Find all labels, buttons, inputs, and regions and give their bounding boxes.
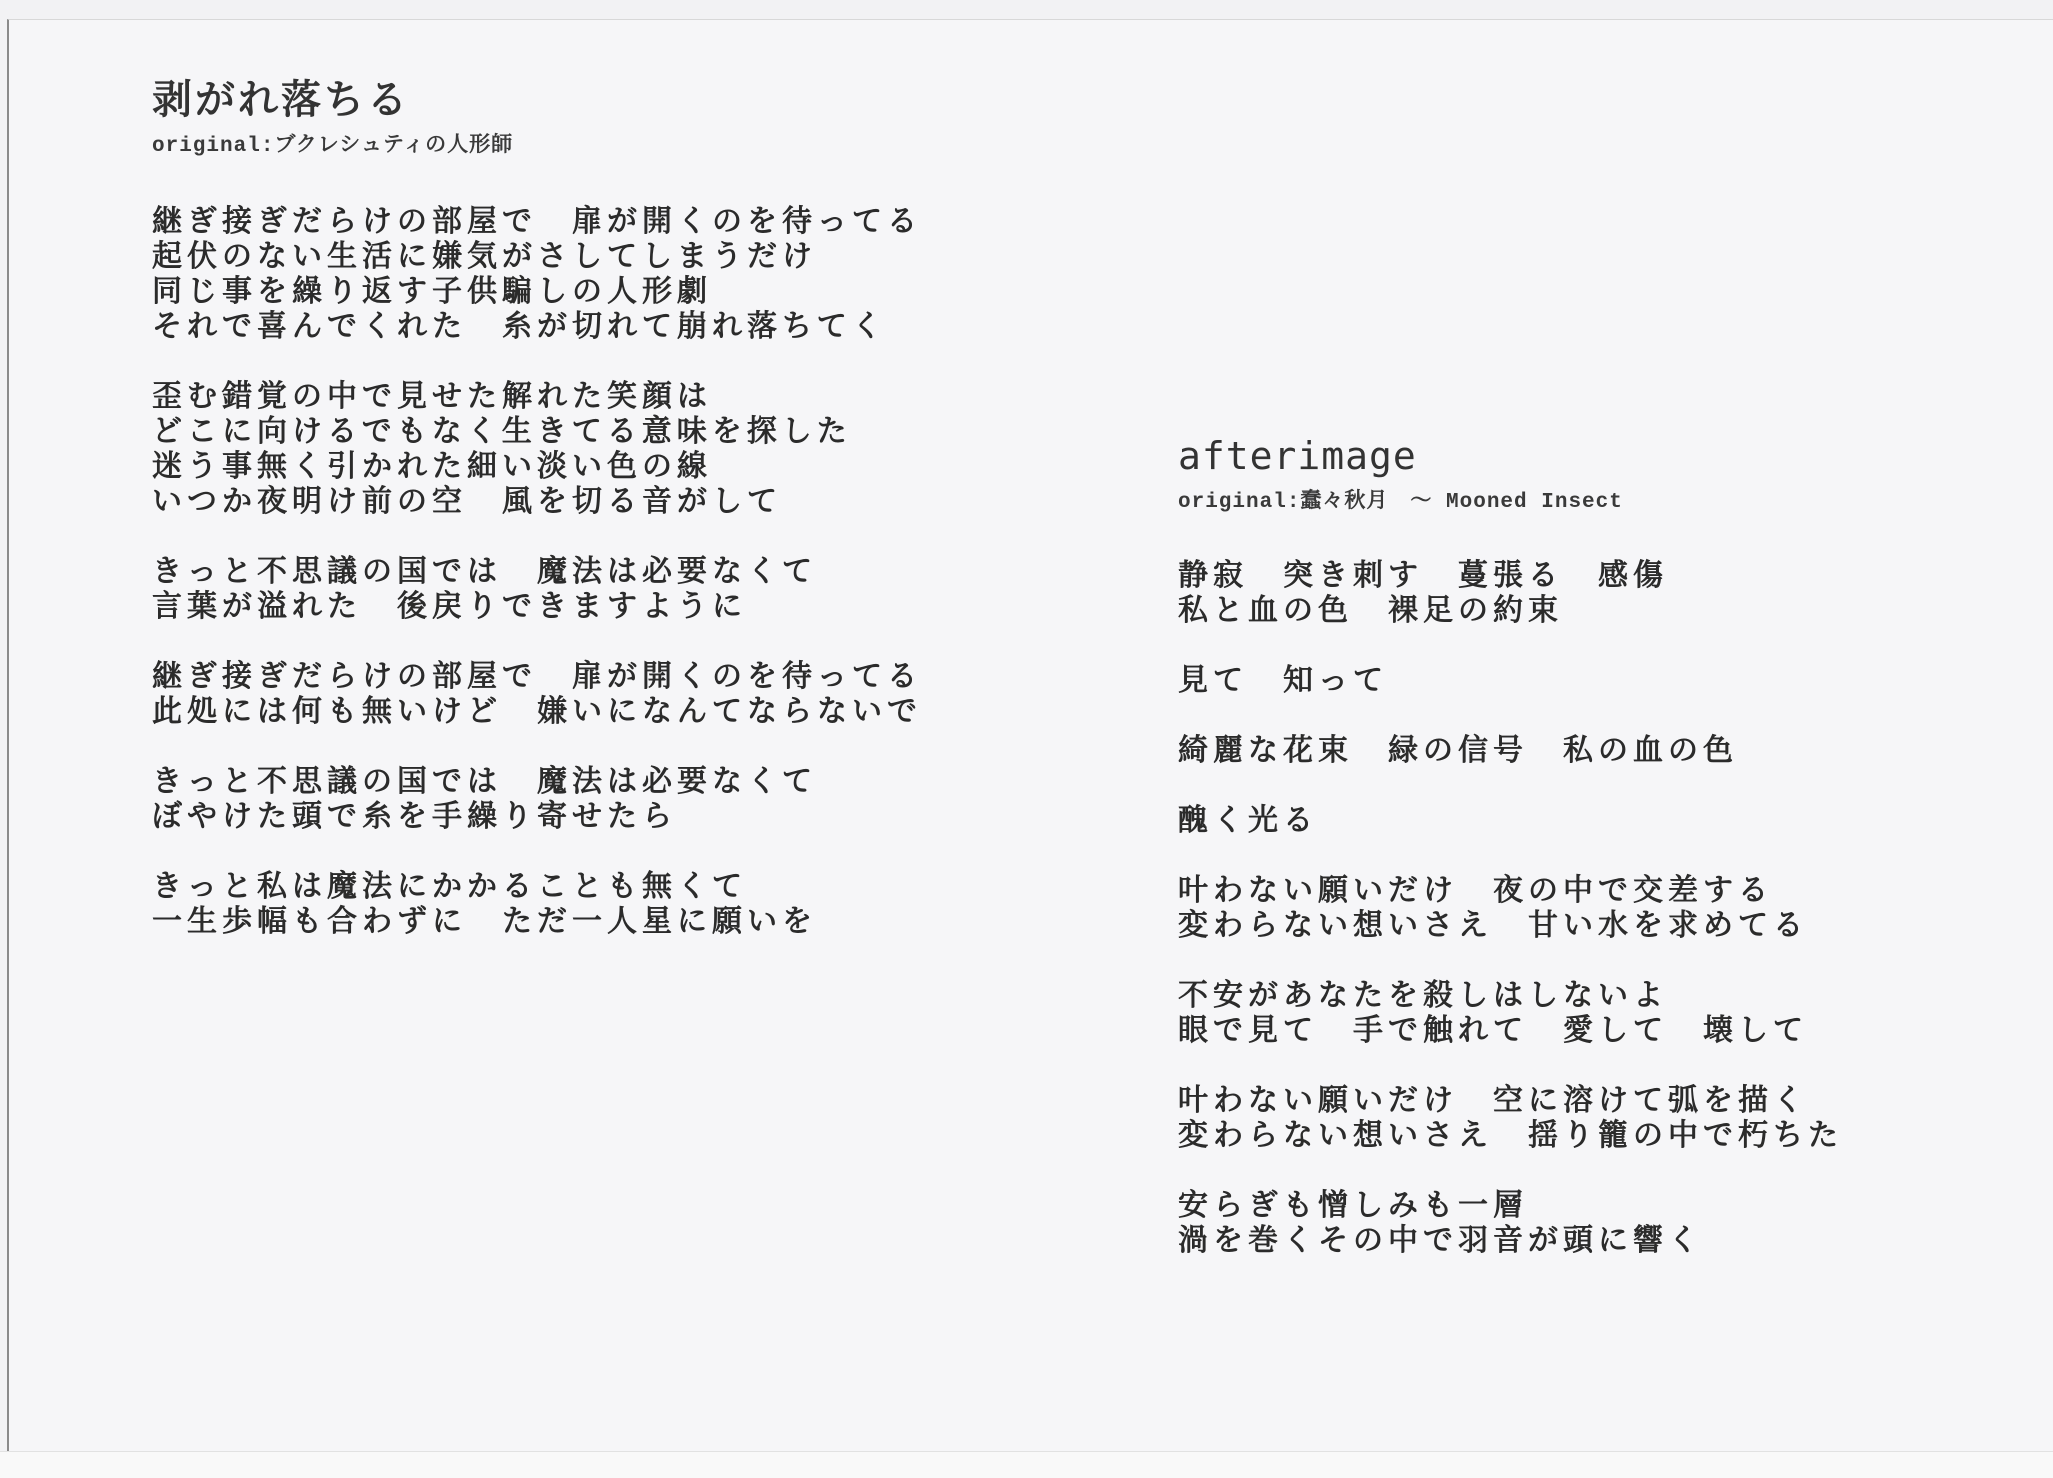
stanza: 醜く光る bbox=[1178, 803, 1843, 838]
lyric-line: ぼやけた頭で糸を手繰り寄せたら bbox=[152, 799, 922, 834]
lyric-line: いつか夜明け前の空 風を切る音がして bbox=[152, 484, 922, 519]
stanza: 不安があなたを殺しはしないよ 眼で見て 手で触れて 愛して 壊して bbox=[1178, 978, 1843, 1048]
lyric-line: きっと私は魔法にかかることも無くて bbox=[152, 869, 922, 904]
lyrics: 継ぎ接ぎだらけの部屋で 扉が開くのを待ってる 起伏のない生活に嫌気がさしてしまう… bbox=[152, 204, 922, 939]
song-original: original:蠢々秋月 ～ Mooned Insect bbox=[1178, 490, 1843, 516]
song-afterimage: afterimage original:蠢々秋月 ～ Mooned Insect… bbox=[1178, 432, 1843, 1293]
stanza: きっと不思議の国では 魔法は必要なくて 言葉が溢れた 後戻りできますように bbox=[152, 554, 922, 624]
lyric-line: きっと不思議の国では 魔法は必要なくて bbox=[152, 554, 922, 589]
lyric-line: 一生歩幅も合わずに ただ一人星に願いを bbox=[152, 904, 922, 939]
lyric-line: どこに向けるでもなく生きてる意味を探した bbox=[152, 414, 922, 449]
lyric-line: 不安があなたを殺しはしないよ bbox=[1178, 978, 1843, 1013]
lyric-line: それで喜んでくれた 糸が切れて崩れ落ちてく bbox=[152, 309, 922, 344]
lyric-line: 継ぎ接ぎだらけの部屋で 扉が開くのを待ってる bbox=[152, 204, 922, 239]
stanza: 見て 知って bbox=[1178, 663, 1843, 698]
lyric-line: 変わらない想いさえ 揺り籠の中で朽ちた bbox=[1178, 1118, 1843, 1153]
lyric-line: 歪む錯覚の中で見せた解れた笑顔は bbox=[152, 379, 922, 414]
stanza: 継ぎ接ぎだらけの部屋で 扉が開くのを待ってる 此処には何も無いけど 嫌いになんて… bbox=[152, 659, 922, 729]
lyrics: 静寂 突き刺す 蔓張る 感傷 私と血の色 裸足の約束 見て 知って 綺麗な花束 … bbox=[1178, 558, 1843, 1258]
lyric-line: 同じ事を繰り返す子供騙しの人形劇 bbox=[152, 274, 922, 309]
lyric-line: 私と血の色 裸足の約束 bbox=[1178, 593, 1843, 628]
stanza: 綺麗な花束 緑の信号 私の血の色 bbox=[1178, 733, 1843, 768]
lyric-line: 叶わない願いだけ 空に溶けて弧を描く bbox=[1178, 1083, 1843, 1118]
stanza: 継ぎ接ぎだらけの部屋で 扉が開くのを待ってる 起伏のない生活に嫌気がさしてしまう… bbox=[152, 204, 922, 344]
lyric-line: 渦を巻くその中で羽音が頭に響く bbox=[1178, 1223, 1843, 1258]
lyric-line: きっと不思議の国では 魔法は必要なくて bbox=[152, 764, 922, 799]
lyric-line: 叶わない願いだけ 夜の中で交差する bbox=[1178, 873, 1843, 908]
stanza: きっと私は魔法にかかることも無くて 一生歩幅も合わずに ただ一人星に願いを bbox=[152, 869, 922, 939]
stanza: 静寂 突き刺す 蔓張る 感傷 私と血の色 裸足の約束 bbox=[1178, 558, 1843, 628]
song-hagareochiru: 剥がれ落ちる original:ブクレシュティの人形師 継ぎ接ぎだらけの部屋で … bbox=[152, 76, 922, 974]
lyric-line: 醜く光る bbox=[1178, 803, 1843, 838]
stanza: 叶わない願いだけ 夜の中で交差する 変わらない想いさえ 甘い水を求めてる bbox=[1178, 873, 1843, 943]
song-original: original:ブクレシュティの人形師 bbox=[152, 134, 922, 160]
stanza: 歪む錯覚の中で見せた解れた笑顔は どこに向けるでもなく生きてる意味を探した 迷う… bbox=[152, 379, 922, 519]
stanza: 叶わない願いだけ 空に溶けて弧を描く 変わらない想いさえ 揺り籠の中で朽ちた bbox=[1178, 1083, 1843, 1153]
song-title: afterimage bbox=[1178, 432, 1843, 480]
lyric-line: 安らぎも憎しみも一層 bbox=[1178, 1188, 1843, 1223]
lyric-line: 起伏のない生活に嫌気がさしてしまうだけ bbox=[152, 239, 922, 274]
lyric-line: 此処には何も無いけど 嫌いになんてならないで bbox=[152, 694, 922, 729]
lyric-line: 綺麗な花束 緑の信号 私の血の色 bbox=[1178, 733, 1843, 768]
song-title: 剥がれ落ちる bbox=[152, 76, 922, 124]
lyric-line: 静寂 突き刺す 蔓張る 感傷 bbox=[1178, 558, 1843, 593]
lyric-line: 継ぎ接ぎだらけの部屋で 扉が開くのを待ってる bbox=[152, 659, 922, 694]
lyric-line: 見て 知って bbox=[1178, 663, 1843, 698]
lyric-line: 言葉が溢れた 後戻りできますように bbox=[152, 589, 922, 624]
lyric-line: 眼で見て 手で触れて 愛して 壊して bbox=[1178, 1013, 1843, 1048]
stanza: 安らぎも憎しみも一層 渦を巻くその中で羽音が頭に響く bbox=[1178, 1188, 1843, 1258]
stanza: きっと不思議の国では 魔法は必要なくて ぼやけた頭で糸を手繰り寄せたら bbox=[152, 764, 922, 834]
lyric-line: 迷う事無く引かれた細い淡い色の線 bbox=[152, 449, 922, 484]
scan-background bbox=[0, 1451, 2053, 1478]
lyric-line: 変わらない想いさえ 甘い水を求めてる bbox=[1178, 908, 1843, 943]
